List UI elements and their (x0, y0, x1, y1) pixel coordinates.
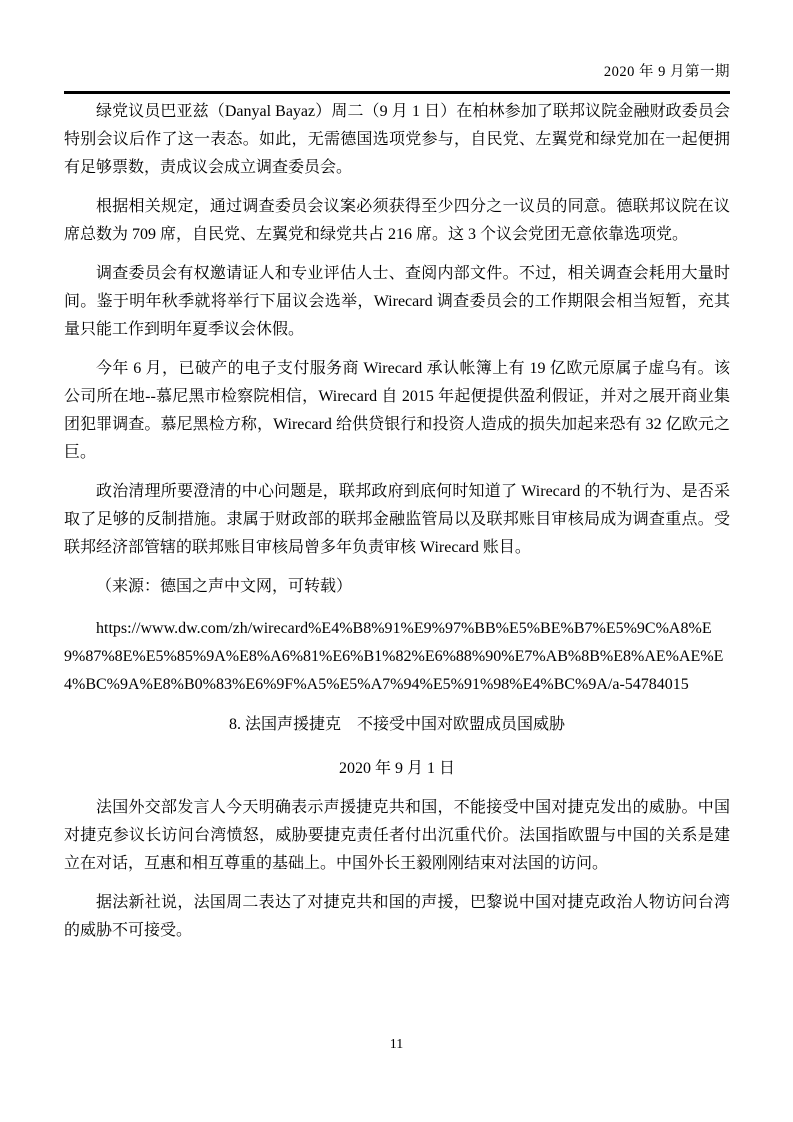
page-content: 2020 年 9 月第一期 绿党议员巴亚兹（Danyal Bayaz）周二（9 … (0, 0, 793, 945)
page-number: 11 (0, 1036, 793, 1054)
source-line: （来源：德国之声中文网，可转载） (64, 573, 730, 601)
body-paragraph: 绿党议员巴亚兹（Danyal Bayaz）周二（9 月 1 日）在柏林参加了联邦… (64, 98, 730, 182)
issue-label: 2020 年 9 月第一期 (604, 64, 730, 80)
section-date: 2020 年 9 月 1 日 (64, 755, 730, 783)
body-paragraph: 今年 6 月，已破产的电子支付服务商 Wirecard 承认帐簿上有 19 亿欧… (64, 355, 730, 467)
article-url: https://www.dw.com/zh/wirecard%E4%B8%91%… (64, 615, 730, 699)
body-paragraph: 据法新社说，法国周二表达了对捷克共和国的声援，巴黎说中国对捷克政治人物访问台湾的… (64, 889, 730, 945)
body-paragraph: 调查委员会有权邀请证人和专业评估人士、查阅内部文件。不过，相关调查会耗用大量时间… (64, 260, 730, 344)
header-rule (64, 91, 730, 94)
body-paragraph: 法国外交部发言人今天明确表示声援捷克共和国，不能接受中国对捷克发出的威胁。中国对… (64, 794, 730, 878)
section-heading: 8. 法国声援捷克 不接受中国对欧盟成员国威胁 (64, 711, 730, 739)
page-header: 2020 年 9 月第一期 (64, 0, 730, 84)
body-paragraph: 根据相关规定，通过调查委员会议案必须获得至少四分之一议员的同意。德联邦议院在议席… (64, 193, 730, 249)
body-paragraph: 政治清理所要澄清的中心问题是，联邦政府到底何时知道了 Wirecard 的不轨行… (64, 478, 730, 562)
document-page: 2020 年 9 月第一期 绿党议员巴亚兹（Danyal Bayaz）周二（9 … (0, 0, 793, 1122)
